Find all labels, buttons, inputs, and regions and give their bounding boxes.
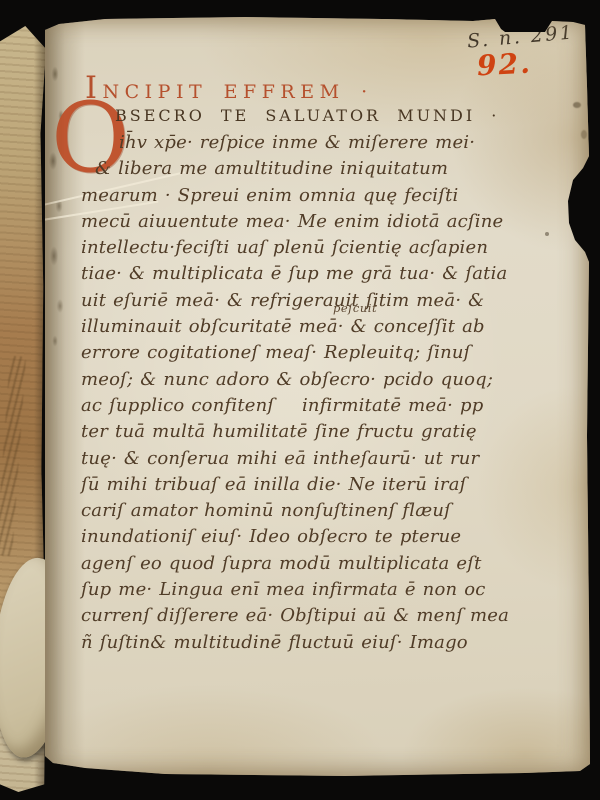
text-line: mearum · Spreui enim omnia quę feciſti [81,185,551,211]
folio-number: 92. [476,47,532,83]
text-line: tuę· & conſerua mihi eā intheſaurū· ut r… [81,448,551,474]
text-line: currenſ diſſerere eā· Obſtipui aū & menſ… [81,605,551,631]
text-line: ſup me· Lingua enī mea infirmata ē non o… [81,579,551,605]
text-line: cariſ amator hominū nonſuſtinenſ flæuſ [81,500,551,526]
incipit-caps-line: BSECRO TE SALUATOR MUNDI · [115,106,551,132]
text-line: meoſ; & nunc adoro & obſecro· pcido quoq… [81,369,551,395]
text-line: ſū mihi tribuaſ eā inilla die· Ne iterū … [81,474,551,500]
text-line: tiae· & multiplicata ē ſup me grā tua· &… [81,263,551,289]
text-line: ter tuā multā humilitatē ſine fructu gra… [81,421,551,447]
text-line: errore cogitationeſ meaſ· Repleuitq; ſin… [81,342,551,368]
text-line: & libera me amultitudine iniquitatum [95,158,551,184]
ink-stain [581,130,587,139]
text-line: ih̄v xp̄e· reſpice inme & miſerere mei· [119,132,551,158]
ink-stain [573,102,581,108]
rubric-heading: INCIPIT EFFREM · [85,71,373,106]
text-line: ac ſupplico confitenſ infirmitatē meā· p… [81,395,551,421]
text-line: agenſ eo quod ſupra modū multiplicata eſ… [81,553,551,579]
manuscript-photo: { "manuscript": { "marginalia": { "shelf… [0,0,600,800]
text-line: inundationiſ eiuſ· Ideo obſecro te pteru… [81,526,551,552]
text-block: BSECRO TE SALUATOR MUNDI · ih̄v xp̄e· re… [81,106,551,658]
text-line: ñ ſuſtin& multitudinē fluctuū eiuſ· Imag… [81,632,551,658]
text-line: uit eſuriē meā· & refrigerauit ſitim meā… [81,290,551,316]
manuscript-page: S. n. 291 92. INCIPIT EFFREM · O BSECRO … [45,16,590,778]
text-line: mecū aiuuentute mea· Me enim idiotā acſi… [81,211,551,237]
text-line: illuminauit obſcuritatē meā· & conceſſit… [81,316,551,342]
interlinear-correction: peſcuit [333,301,377,315]
text-line: intellectu·feciſti uaſ plenū ſcientię ac… [81,237,551,263]
